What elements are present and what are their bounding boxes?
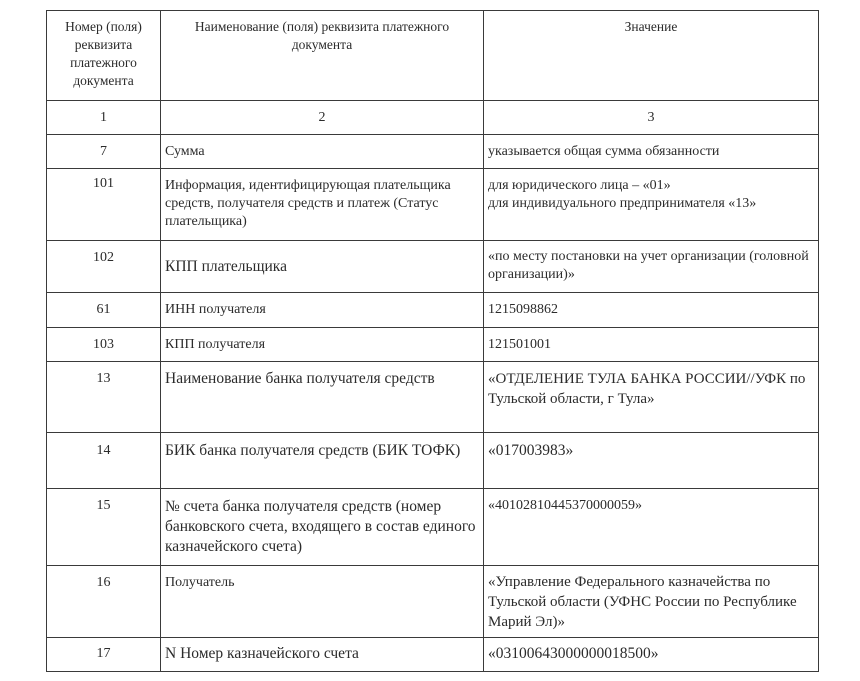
table-row: 102 КПП плательщика «по месту постановки… <box>47 241 819 293</box>
column-number-row: 1 2 3 <box>47 101 819 135</box>
field-name: БИК банка получателя средств (БИК ТОФК) <box>161 433 483 461</box>
column-number-1: 1 <box>47 101 160 127</box>
field-number: 61 <box>47 293 160 319</box>
field-name: КПП плательщика <box>161 241 483 277</box>
field-value-line: для юридического лица – «01» <box>488 177 814 195</box>
table-row: 14 БИК банка получателя средств (БИК ТОФ… <box>47 433 819 489</box>
payment-details-table: Номер (поля) реквизита платежного докуме… <box>46 10 819 672</box>
field-value: «ОТДЕЛЕНИЕ ТУЛА БАНКА РОССИИ//УФК по Тул… <box>484 362 818 409</box>
field-name: N Номер казначейского счета <box>161 638 483 664</box>
field-value: указывается общая сумма обязанности <box>484 135 818 161</box>
column-number-3: 3 <box>484 101 818 127</box>
column-number-2: 2 <box>161 101 483 127</box>
field-value: 1215098862 <box>484 293 818 319</box>
table-row: 103 КПП получателя 121501001 <box>47 328 819 362</box>
table-row: 61 ИНН получателя 1215098862 <box>47 293 819 328</box>
field-name: Сумма <box>161 135 483 161</box>
field-value: «017003983» <box>484 433 818 461</box>
field-name: Информация, идентифицирующая плательщика… <box>161 169 483 231</box>
table-row: 15 № счета банка получателя средств (ном… <box>47 489 819 566</box>
field-name: ИНН получателя <box>161 293 483 319</box>
field-value: для юридического лица – «01» для индивид… <box>484 169 818 213</box>
field-value: «03100643000000018500» <box>484 638 818 664</box>
table-row: 13 Наименование банка получателя средств… <box>47 362 819 433</box>
field-number: 102 <box>47 241 160 267</box>
field-value: «по месту постановки на учет организации… <box>484 241 818 284</box>
field-name: Получатель <box>161 566 483 592</box>
field-value-line: для индивидуального предпринимателя «13» <box>488 195 814 213</box>
field-number: 14 <box>47 433 160 461</box>
field-name: КПП получателя <box>161 328 483 354</box>
header-field-name: Наименование (поля) реквизита платежного… <box>161 11 483 54</box>
field-number: 101 <box>47 169 160 193</box>
field-number: 13 <box>47 362 160 388</box>
table-row: 16 Получатель «Управление Федерального к… <box>47 566 819 638</box>
table-row: 7 Сумма указывается общая сумма обязанно… <box>47 135 819 169</box>
field-number: 17 <box>47 638 160 663</box>
field-value: «40102810445370000059» <box>484 489 818 515</box>
header-value: Значение <box>484 11 818 36</box>
table-row: 101 Информация, идентифицирующая платель… <box>47 169 819 241</box>
field-value: 121501001 <box>484 328 818 354</box>
field-number: 103 <box>47 328 160 354</box>
header-field-number: Номер (поля) реквизита платежного докуме… <box>47 11 160 90</box>
field-value: «Управление Федерального казначейства по… <box>484 566 818 632</box>
field-number: 15 <box>47 489 160 515</box>
field-name: Наименование банка получателя средств <box>161 362 483 389</box>
table-row: 17 N Номер казначейского счета «03100643… <box>47 638 819 672</box>
field-name: № счета банка получателя средств (номер … <box>161 489 483 557</box>
field-number: 7 <box>47 135 160 161</box>
header-row: Номер (поля) реквизита платежного докуме… <box>47 11 819 101</box>
field-number: 16 <box>47 566 160 592</box>
